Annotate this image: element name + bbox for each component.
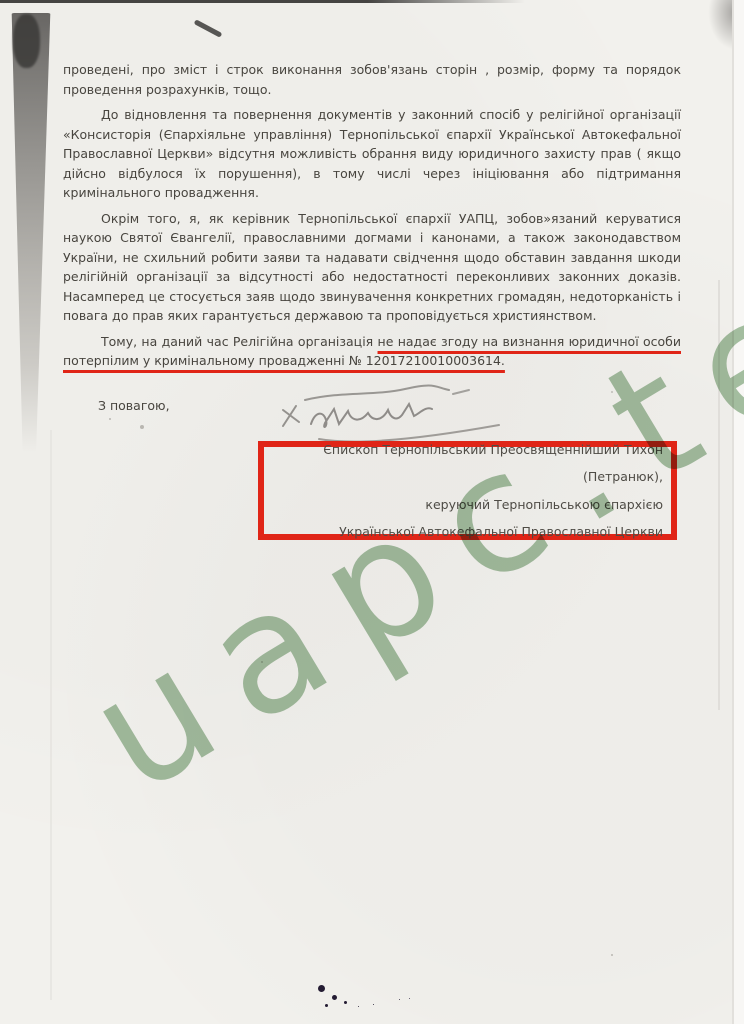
- conclusion-lead-text: Тому, на даний час Релігійна організація: [101, 334, 378, 349]
- page-edge-line: [732, 0, 734, 1024]
- paragraph-restoration: До відновлення та повернення документів …: [63, 105, 681, 203]
- scan-top-edge-artifact: [0, 0, 525, 3]
- signature-block-red-frame: Єпископ Тернопільський Преосвященнійший …: [258, 441, 677, 540]
- scan-dust: [140, 425, 144, 429]
- ink-specks: [318, 985, 325, 992]
- letter-body: проведені, про зміст і строк виконання з…: [63, 60, 681, 377]
- scan-fold-line-right: [718, 280, 720, 710]
- scan-fold-line: [50, 430, 52, 1000]
- signatory-title-line: Єпископ Тернопільський Преосвященнійший …: [270, 436, 663, 491]
- closing-salutation: З повагою,: [98, 398, 170, 413]
- signatory-church-line: Української Автокефальної Православної Ц…: [270, 518, 663, 546]
- paragraph-continuation: проведені, про зміст і строк виконання з…: [63, 60, 681, 99]
- paragraph-bishop-statement: Окрім того, я, як керівник Тернопільсько…: [63, 209, 681, 326]
- paragraph-conclusion: Тому, на даний час Релігійна організація…: [63, 332, 681, 371]
- scan-corner-blob: [13, 14, 40, 68]
- signatory-role-line: керуючий Тернопільською єпархією: [270, 491, 663, 519]
- scan-left-edge-shadow: [10, 13, 52, 453]
- pen-mark-artifact: [194, 19, 223, 37]
- scanned-document-page: uapc.te.ua проведені, про зміст і строк …: [0, 0, 744, 1024]
- page-right-edge: [734, 0, 744, 1024]
